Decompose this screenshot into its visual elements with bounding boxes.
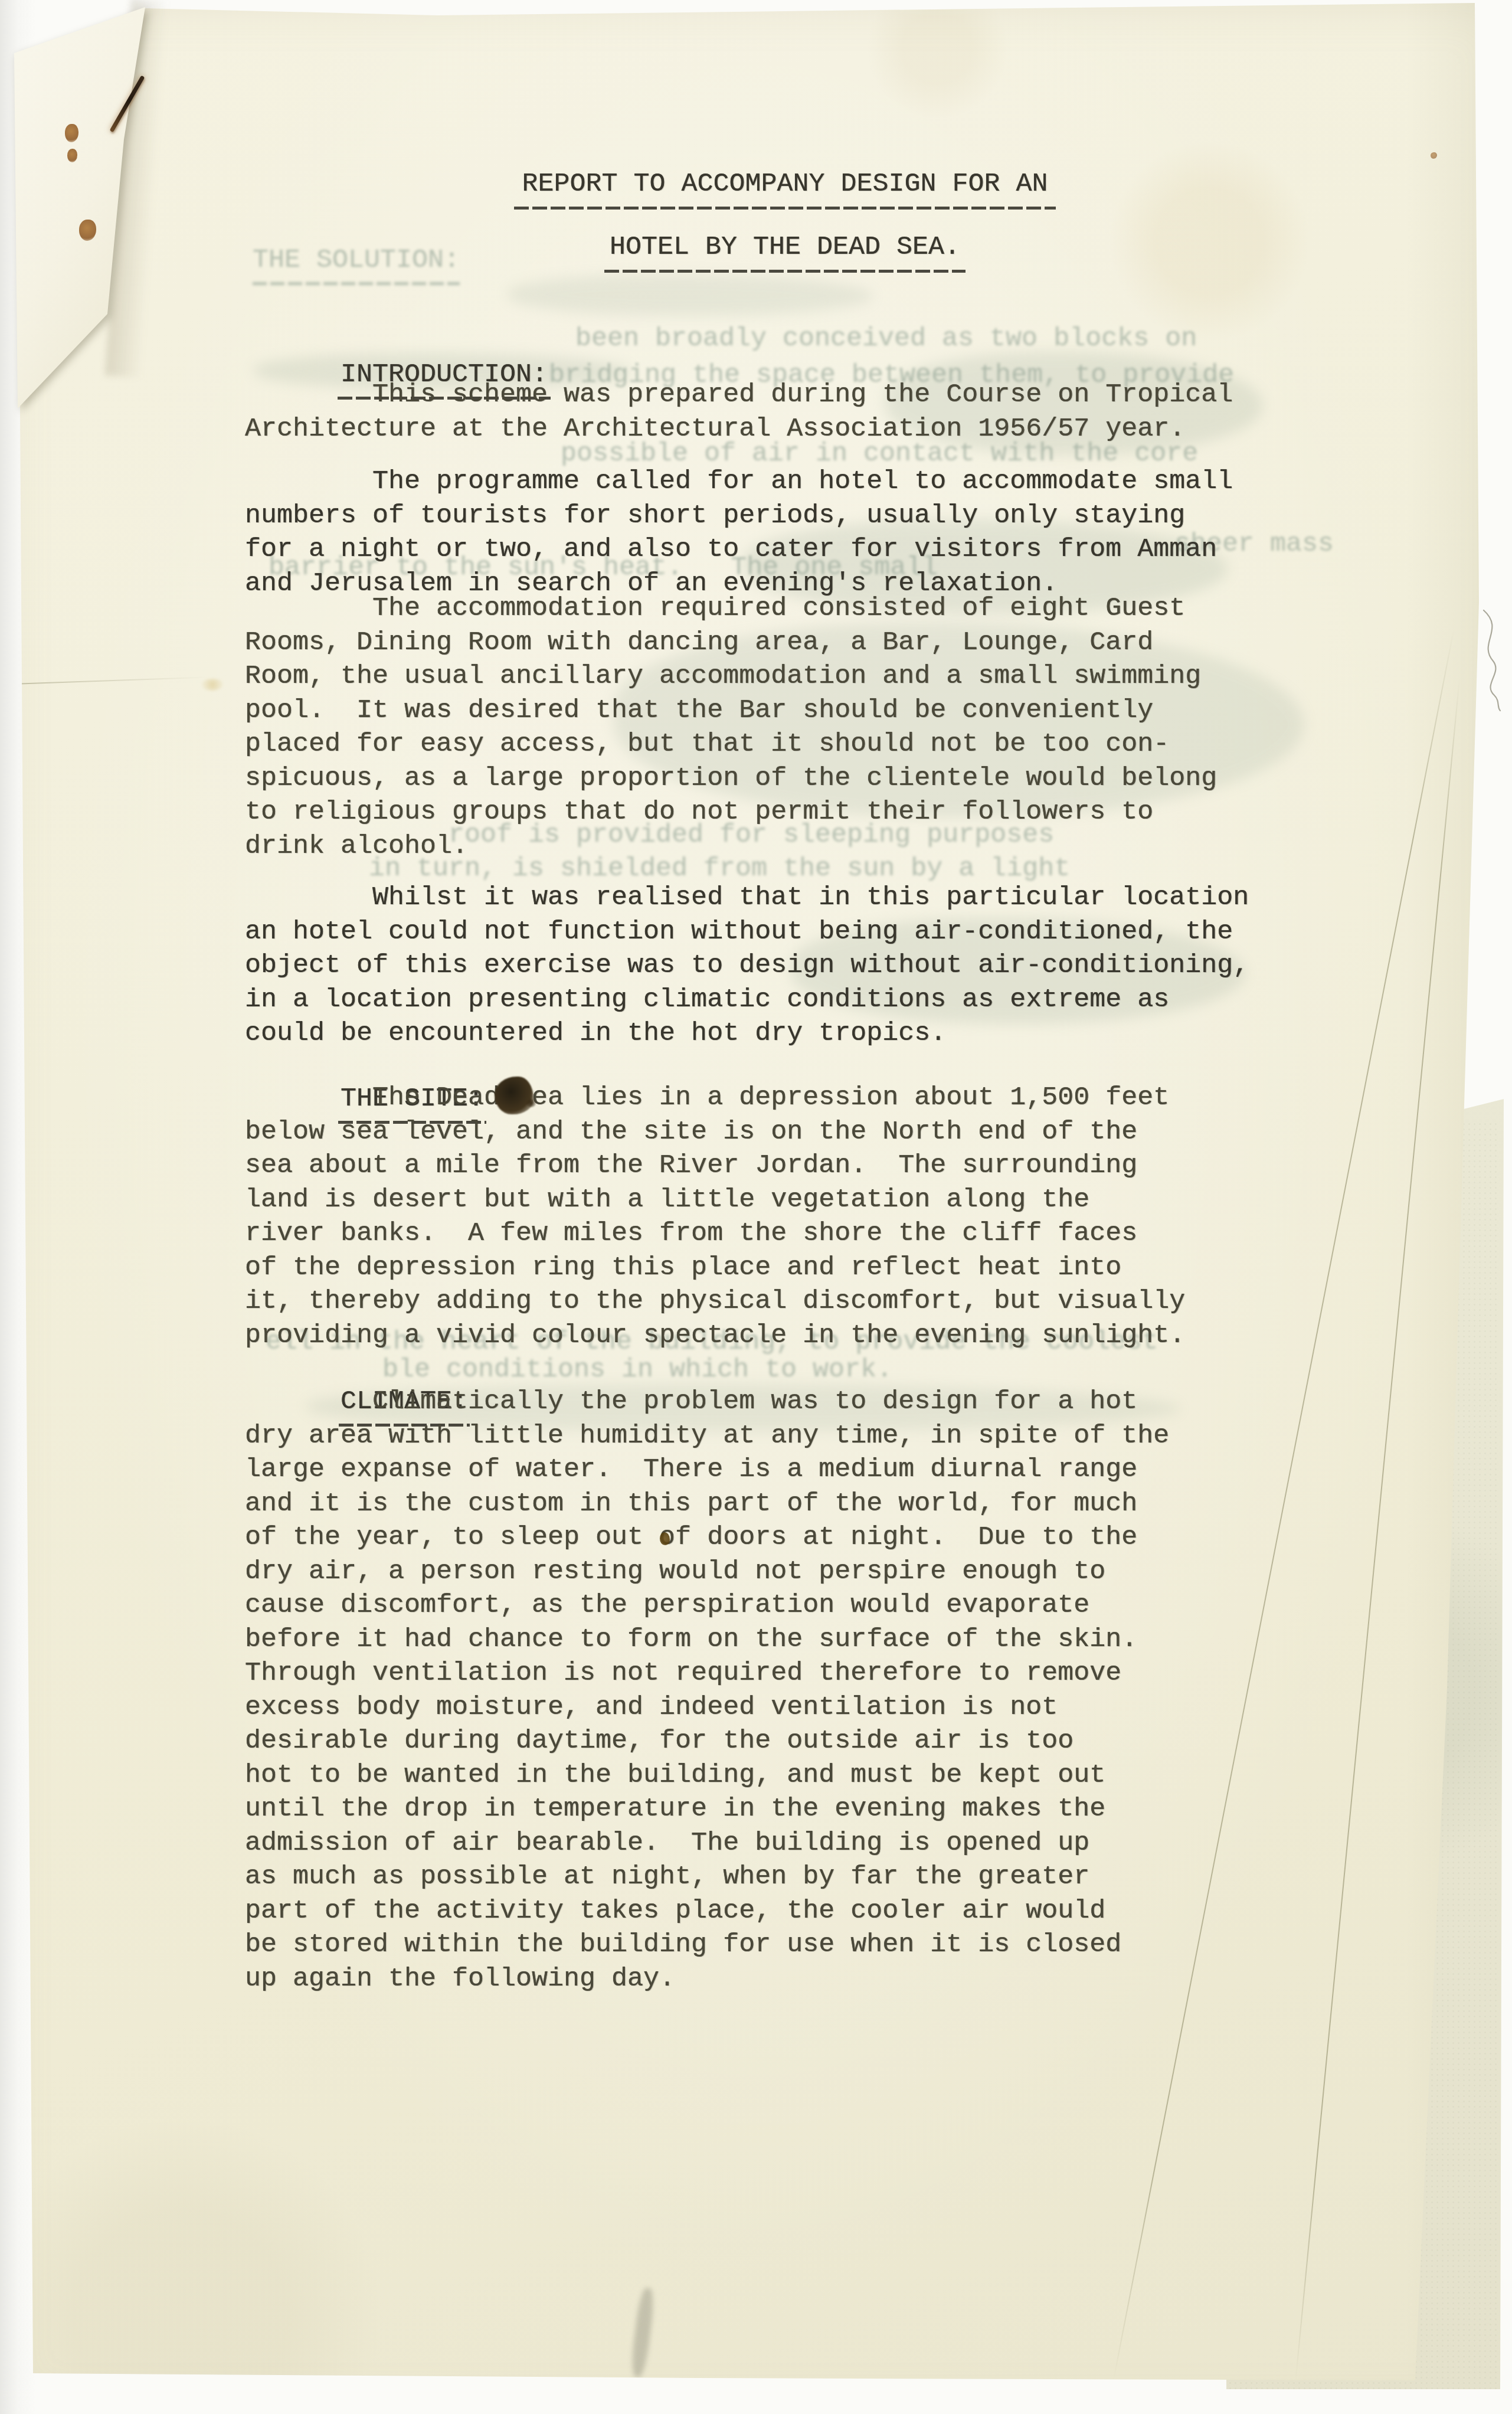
brown-speck-stain	[660, 1532, 670, 1545]
report-title-text-2: HOTEL BY THE DEAD SEA.	[610, 230, 960, 273]
paragraph-climate-1: Climatically the problem was to design f…	[245, 1385, 1169, 1996]
paragraph-site-1: The Dead Sea lies in a depression about …	[245, 1081, 1185, 1352]
bleed-through-smear	[508, 274, 873, 316]
folded-corner-paper	[8, 2, 162, 421]
folded-corner	[8, 2, 162, 421]
pencil-smudge	[630, 2287, 656, 2378]
report-page: THE SOLUTION: been broadly conceived as …	[0, 0, 1512, 2414]
yellow-stain	[202, 679, 223, 691]
report-title-line-2: HOTEL BY THE DEAD SEA.	[245, 230, 1325, 273]
paragraph-introduction-1: This scheme was prepared during the Cour…	[245, 378, 1233, 446]
fiber-hair	[1477, 607, 1512, 713]
report-title-text-1: REPORT TO ACCOMPANY DESIGN FOR AN	[522, 167, 1048, 210]
report-title-line-1: REPORT TO ACCOMPANY DESIGN FOR AN	[245, 167, 1325, 210]
paragraph-introduction-2: The programme called for an hotel to acc…	[245, 465, 1233, 600]
crease-line-horizontal	[19, 676, 208, 684]
scanner-background: THE SOLUTION: been broadly conceived as …	[0, 0, 1512, 2414]
paragraph-introduction-3: The accommodation required consisted of …	[245, 591, 1217, 863]
paragraph-introduction-4: Whilst it was realised that in this part…	[245, 881, 1249, 1051]
ghost-text-line: been broadly conceived as two blocks on	[575, 322, 1197, 356]
ink-blot-stain	[495, 1077, 534, 1114]
